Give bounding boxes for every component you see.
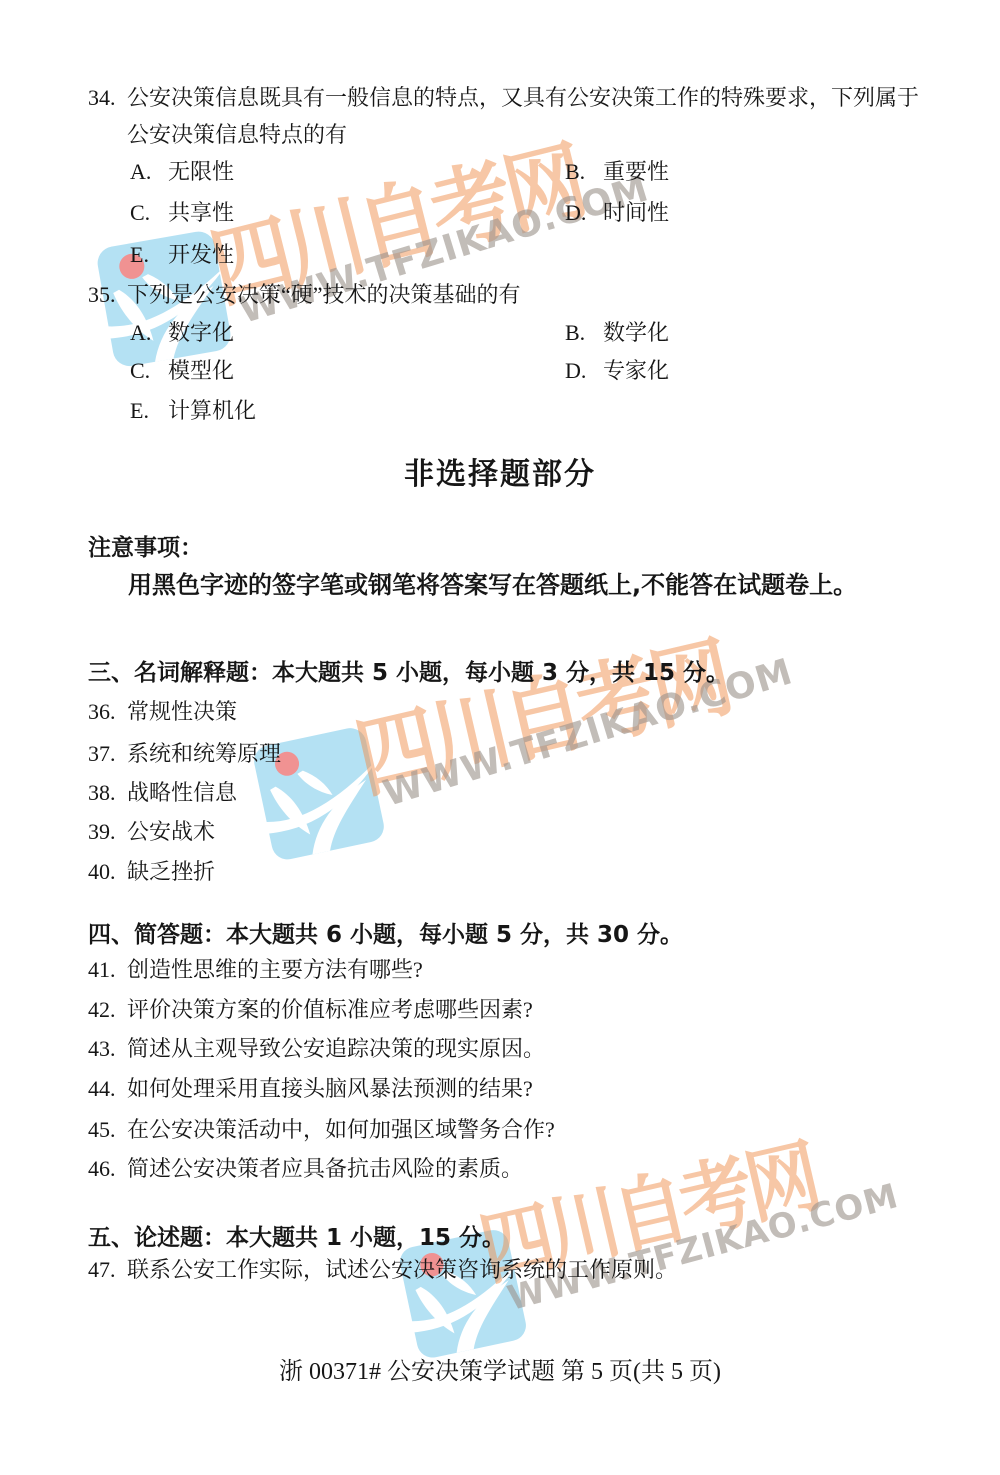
question-text: 下列是公安决策“硬”技术的决策基础的有 — [127, 282, 521, 307]
question-text: 如何处理采用直接头脑风暴法预测的结果? — [127, 1076, 533, 1101]
question-34-line1: 34.公安决策信息既具有一般信息的特点，又具有公安决策工作的特殊要求，下列属于 — [88, 84, 919, 112]
question-text: 战略性信息 — [127, 780, 237, 805]
question-text: 评价决策方案的价值标准应考虑哪些因素? — [127, 997, 533, 1022]
question-text: 公安决策信息既具有一般信息的特点，又具有公安决策工作的特殊要求，下列属于 — [127, 85, 919, 110]
exam-page: 四川自考网 WWW.TFZIKAO.COM 四川自考网 WWW.TFZIKAO.… — [0, 0, 1000, 1475]
option-34-B: B.重要性 — [565, 158, 669, 186]
question-text: 在公安决策活动中，如何加强区域警务合作? — [127, 1117, 555, 1142]
option-label: E. — [130, 397, 168, 425]
question-text: 公安战术 — [127, 819, 215, 844]
option-text: 数字化 — [168, 320, 234, 345]
option-text: 重要性 — [603, 159, 669, 184]
option-label: C. — [130, 357, 168, 385]
question-text: 常规性决策 — [127, 699, 237, 724]
question-number: 47. — [88, 1256, 127, 1284]
option-text: 数学化 — [603, 320, 669, 345]
option-label: B. — [565, 158, 603, 186]
option-text: 专家化 — [603, 358, 669, 383]
question-43: 43.简述从主观导致公安追踪决策的现实原因。 — [88, 1035, 545, 1063]
question-35-line1: 35.下列是公安决策“硬”技术的决策基础的有 — [88, 281, 521, 309]
section-5-title: 五、论述题：本大题共 1 小题，15 分。 — [88, 1219, 505, 1252]
option-label: A. — [130, 158, 168, 186]
question-38: 38.战略性信息 — [88, 779, 237, 807]
question-number: 34. — [88, 84, 127, 112]
question-text: 简述从主观导致公安追踪决策的现实原因。 — [127, 1036, 545, 1061]
option-text: 开发性 — [168, 242, 234, 267]
question-37: 37.系统和统筹原理 — [88, 740, 281, 768]
question-44: 44.如何处理采用直接头脑风暴法预测的结果? — [88, 1075, 533, 1103]
option-text: 共享性 — [168, 200, 234, 225]
question-number: 46. — [88, 1155, 127, 1183]
question-42: 42.评价决策方案的价值标准应考虑哪些因素? — [88, 996, 533, 1024]
option-text: 模型化 — [168, 358, 234, 383]
option-34-A: A.无限性 — [130, 158, 234, 186]
option-label: D. — [565, 199, 603, 227]
question-text: 联系公安工作实际，试述公安决策咨询系统的工作原则。 — [127, 1257, 677, 1282]
option-35-B: B.数学化 — [565, 319, 669, 347]
page-footer: 浙 00371# 公安决策学试题 第 5 页(共 5 页) — [0, 1357, 1000, 1387]
question-number: 36. — [88, 698, 127, 726]
question-46: 46.简述公安决策者应具备抗击风险的素质。 — [88, 1155, 523, 1183]
option-34-D: D.时间性 — [565, 199, 669, 227]
option-text: 无限性 — [168, 159, 234, 184]
question-number: 42. — [88, 996, 127, 1024]
option-34-E: E.开发性 — [130, 241, 234, 269]
question-number: 38. — [88, 779, 127, 807]
question-36: 36.常规性决策 — [88, 698, 237, 726]
option-35-C: C.模型化 — [130, 357, 234, 385]
question-number: 44. — [88, 1075, 127, 1103]
option-text: 时间性 — [603, 200, 669, 225]
option-label: D. — [565, 357, 603, 385]
question-text: 系统和统筹原理 — [127, 741, 281, 766]
question-39: 39.公安战术 — [88, 818, 215, 846]
notice-label: 注意事项： — [88, 529, 203, 562]
question-41: 41.创造性思维的主要方法有哪些? — [88, 956, 423, 984]
part-header: 非选择题部分 — [0, 457, 1000, 493]
question-text: 创造性思维的主要方法有哪些? — [127, 957, 423, 982]
option-label: B. — [565, 319, 603, 347]
question-40: 40.缺乏挫折 — [88, 858, 215, 886]
question-number: 45. — [88, 1116, 127, 1144]
question-number: 43. — [88, 1035, 127, 1063]
option-label: A. — [130, 319, 168, 347]
option-35-A: A.数字化 — [130, 319, 234, 347]
question-number: 41. — [88, 956, 127, 984]
option-label: C. — [130, 199, 168, 227]
question-text: 缺乏挫折 — [127, 859, 215, 884]
section-4-title: 四、简答题：本大题共 6 小题，每小题 5 分，共 30 分。 — [88, 916, 683, 949]
question-text: 简述公安决策者应具备抗击风险的素质。 — [127, 1156, 523, 1181]
question-number: 39. — [88, 818, 127, 846]
option-text: 计算机化 — [168, 398, 256, 423]
question-47: 47.联系公安工作实际，试述公安决策咨询系统的工作原则。 — [88, 1256, 677, 1284]
question-45: 45.在公安决策活动中，如何加强区域警务合作? — [88, 1116, 555, 1144]
option-34-C: C.共享性 — [130, 199, 234, 227]
question-number: 35. — [88, 281, 127, 309]
question-number: 40. — [88, 858, 127, 886]
option-label: E. — [130, 241, 168, 269]
question-number: 37. — [88, 740, 127, 768]
option-35-D: D.专家化 — [565, 357, 669, 385]
notice-text: 用黑色字迹的签字笔或钢笔将答案写在答题纸上,不能答在试题卷上。 — [128, 565, 857, 600]
question-34-line2: 公安决策信息特点的有 — [127, 121, 347, 149]
section-3-title: 三、名词解释题：本大题共 5 小题，每小题 3 分，共 15 分。 — [88, 654, 729, 687]
option-35-E: E.计算机化 — [130, 397, 256, 425]
